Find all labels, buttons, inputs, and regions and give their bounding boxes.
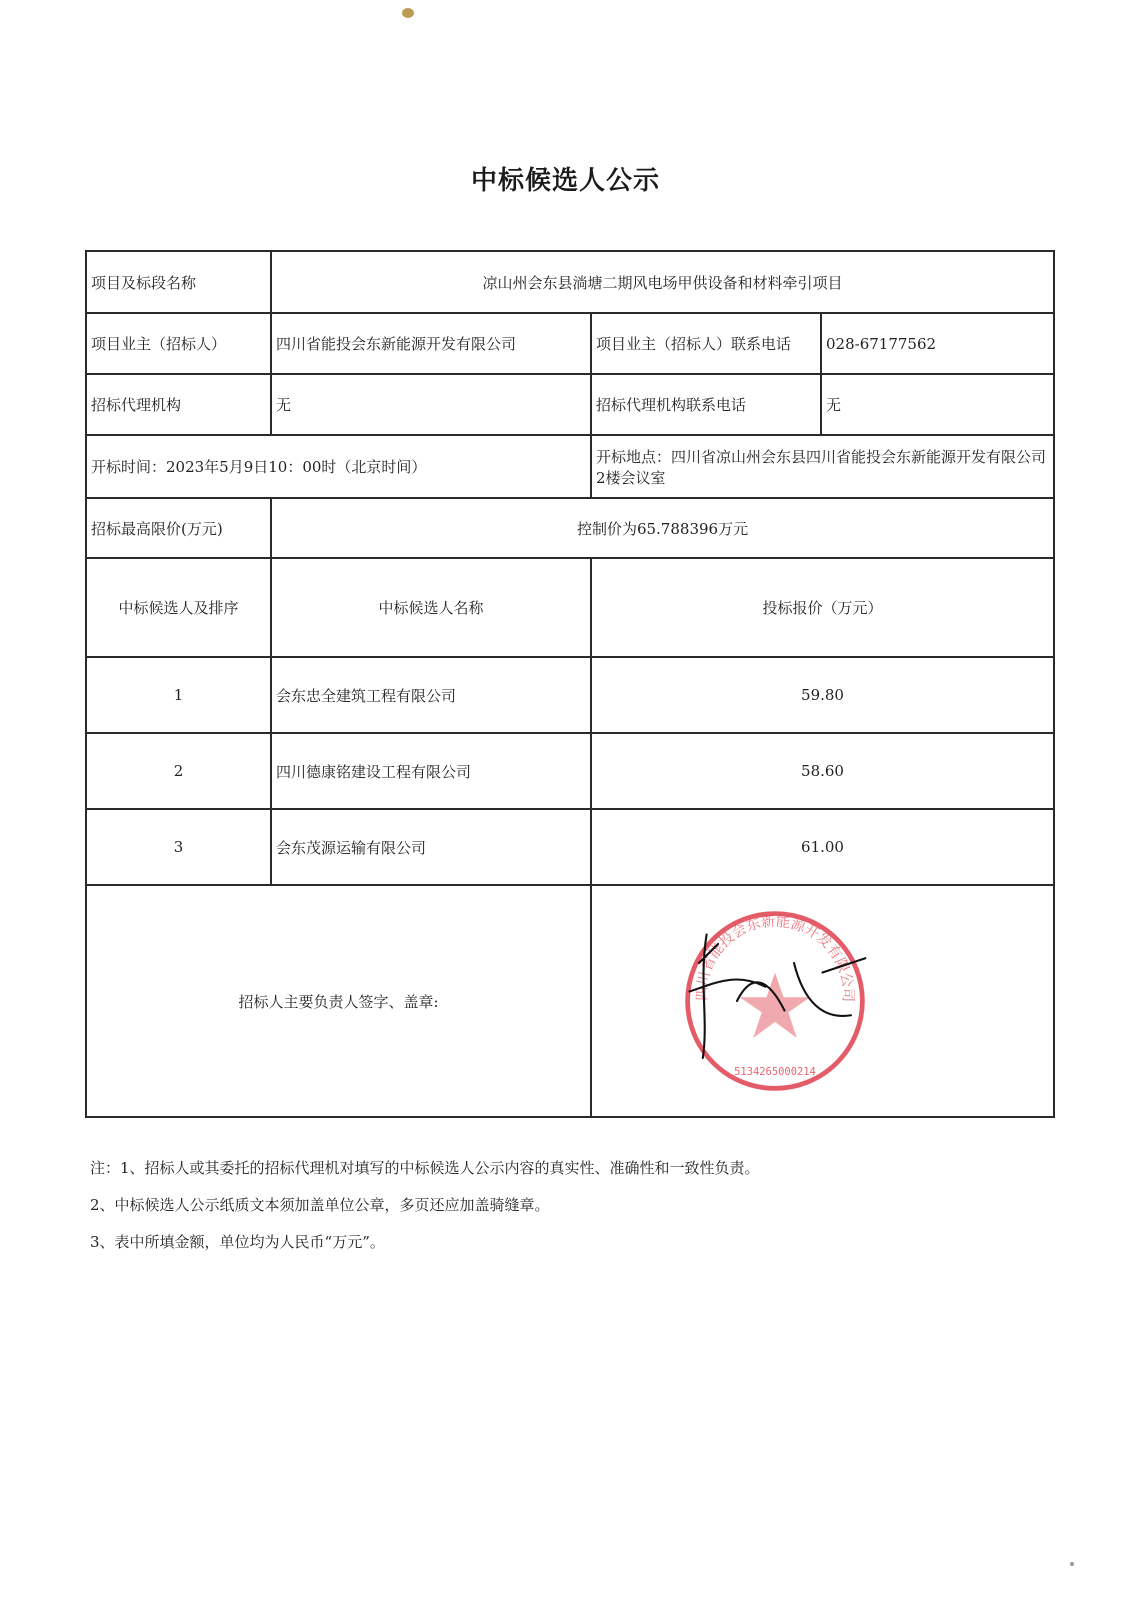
scan-mark — [1070, 1562, 1074, 1566]
candidate-price: 58.60 — [591, 733, 1054, 809]
candidate-rank: 2 — [86, 733, 271, 809]
svg-text:5134265000214: 5134265000214 — [734, 1066, 816, 1078]
scan-speck — [402, 8, 414, 18]
max-price-value: 控制价为65.788396万元 — [271, 498, 1054, 558]
header-name: 中标候选人名称 — [271, 558, 591, 657]
header-price: 投标报价（万元） — [591, 558, 1054, 657]
candidate-price: 59.80 — [591, 657, 1054, 733]
note-2: 2、中标候选人公示纸质文本须加盖单位公章，多页还应加盖骑缝章。 — [90, 1187, 760, 1224]
signature-label: 招标人主要负责人签字、盖章: — [86, 885, 591, 1117]
owner-phone-label: 项目业主（招标人）联系电话 — [591, 313, 821, 374]
signature-cell: 四川省能投会东新能源开发有限公司 5134265000214 — [591, 885, 1054, 1117]
notes-section: 注：1、招标人或其委托的招标代理机对填写的中标候选人公示内容的真实性、准确性和一… — [90, 1150, 760, 1261]
candidate-name: 四川德康铭建设工程有限公司 — [271, 733, 591, 809]
table-row: 3 会东茂源运输有限公司 61.00 — [86, 809, 1054, 885]
header-rank: 中标候选人及排序 — [86, 558, 271, 657]
candidate-name: 会东茂源运输有限公司 — [271, 809, 591, 885]
candidate-price: 61.00 — [591, 809, 1054, 885]
company-seal-icon: 四川省能投会东新能源开发有限公司 5134265000214 — [680, 906, 870, 1096]
open-place: 开标地点：四川省凉山州会东县四川省能投会东新能源开发有限公司2楼会议室 — [591, 435, 1054, 498]
open-time: 开标时间：2023年5月9日10：00时（北京时间） — [86, 435, 591, 498]
owner-phone-value: 028-67177562 — [821, 313, 1054, 374]
agency-label: 招标代理机构 — [86, 374, 271, 435]
candidate-rank: 1 — [86, 657, 271, 733]
table-row: 2 四川德康铭建设工程有限公司 58.60 — [86, 733, 1054, 809]
agency-phone-label: 招标代理机构联系电话 — [591, 374, 821, 435]
agency-value: 无 — [271, 374, 591, 435]
table-row: 1 会东忠全建筑工程有限公司 59.80 — [86, 657, 1054, 733]
project-value: 凉山州会东县淌塘二期风电场甲供设备和材料牵引项目 — [271, 251, 1054, 313]
agency-phone-value: 无 — [821, 374, 1054, 435]
candidate-table: 项目及标段名称 凉山州会东县淌塘二期风电场甲供设备和材料牵引项目 项目业主（招标… — [85, 250, 1055, 1118]
page-title: 中标候选人公示 — [0, 160, 1131, 197]
note-3: 3、表中所填金额，单位均为人民币“万元”。 — [90, 1224, 760, 1261]
project-label: 项目及标段名称 — [86, 251, 271, 313]
candidate-rank: 3 — [86, 809, 271, 885]
note-1: 注：1、招标人或其委托的招标代理机对填写的中标候选人公示内容的真实性、准确性和一… — [90, 1150, 760, 1187]
owner-value: 四川省能投会东新能源开发有限公司 — [271, 313, 591, 374]
candidate-name: 会东忠全建筑工程有限公司 — [271, 657, 591, 733]
max-price-label: 招标最高限价(万元) — [86, 498, 271, 558]
owner-label: 项目业主（招标人） — [86, 313, 271, 374]
